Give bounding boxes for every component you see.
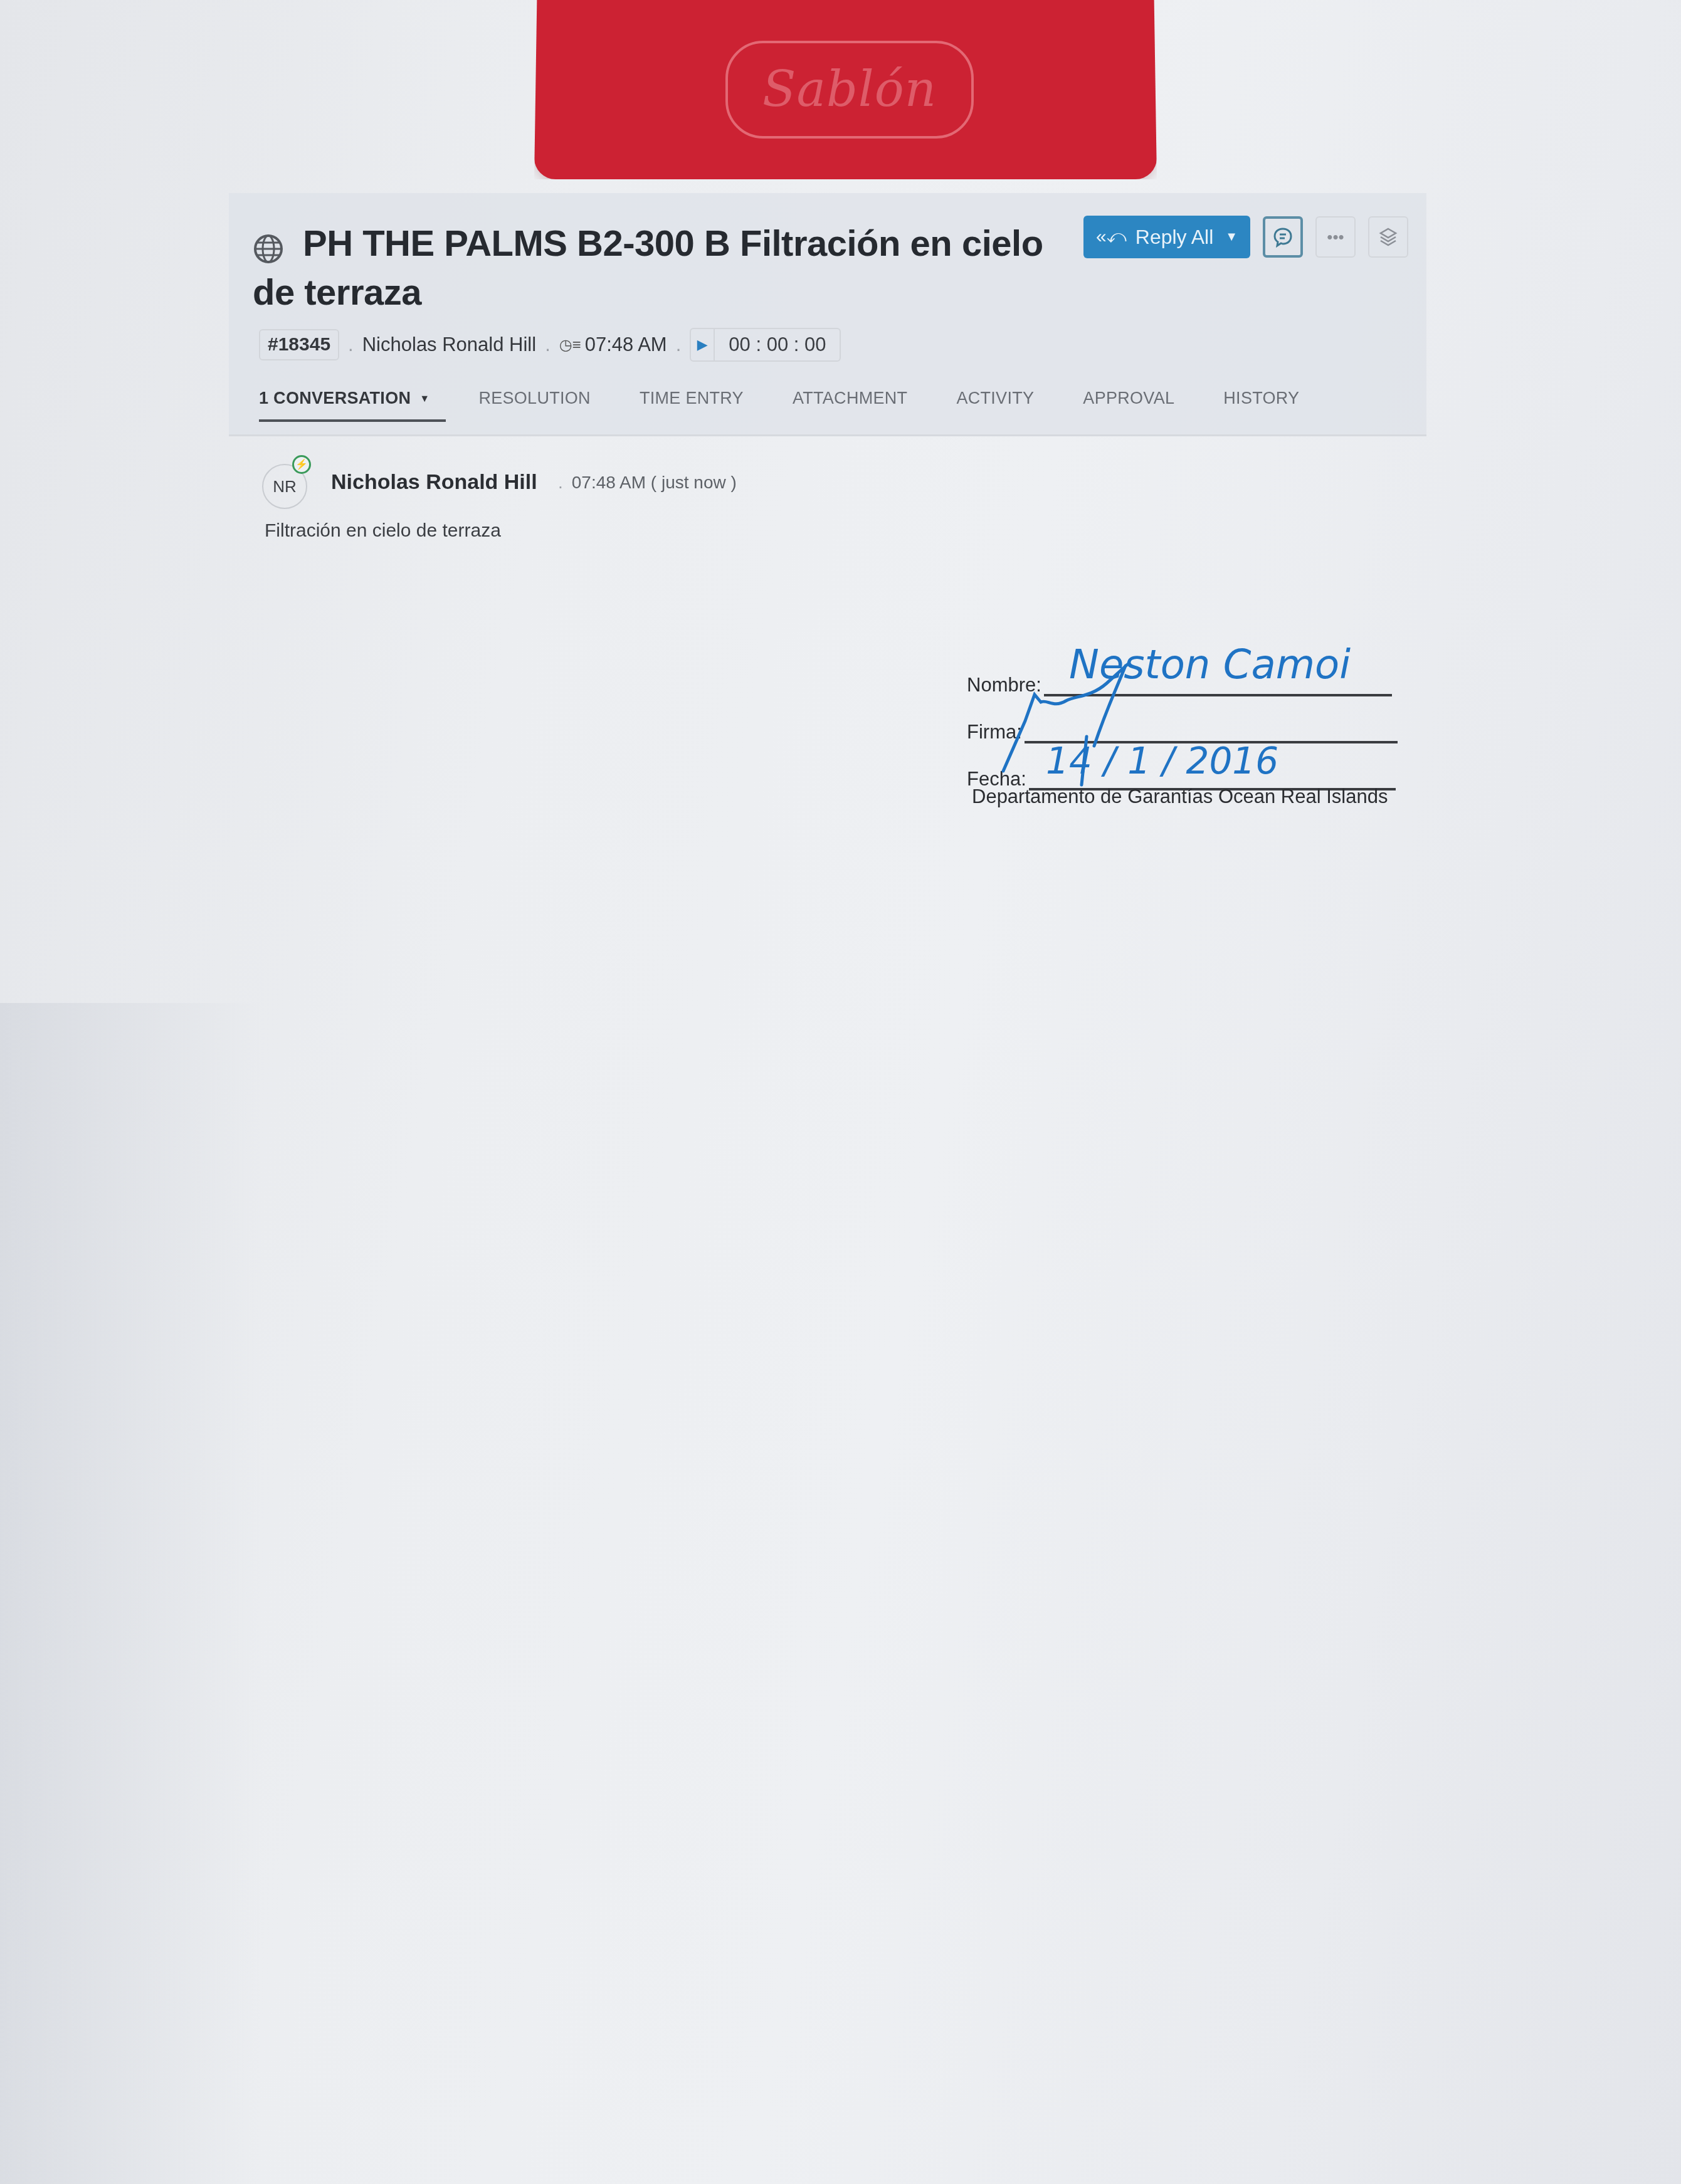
conversation-author: Nicholas Ronald Hill	[331, 470, 537, 495]
tab-label: ACTIVITY	[956, 389, 1034, 407]
caret-down-icon: ▼	[419, 394, 429, 404]
ticket-title-line2: de terraza	[253, 268, 1118, 317]
tab-label: RESOLUTION	[478, 389, 591, 407]
ticket-title-line1: PH THE PALMS B2-300 B Filtración en ciel…	[303, 223, 1043, 264]
chevron-down-icon[interactable]: ▼	[1225, 230, 1238, 244]
conversation-body: Filtración en cielo de terraza	[265, 520, 501, 542]
ticket-header: PH THE PALMS B2-300 B Filtración en ciel…	[229, 193, 1426, 436]
reply-all-label: Reply All	[1136, 226, 1214, 249]
layers-button[interactable]	[1368, 216, 1408, 258]
ticket-tabs: 1 CONVERSATION▼ RESOLUTION TIME ENTRY AT…	[259, 389, 1348, 422]
ticket-title: PH THE PALMS B2-300 B Filtración en ciel…	[253, 219, 1118, 317]
department-stamp: Departamento de Garantías Ocean Real Isl…	[972, 785, 1388, 808]
tab-attachment[interactable]: ATTACHMENT	[793, 389, 907, 422]
conversation-timestamp: .07:48 AM ( just now )	[558, 473, 737, 493]
scraper-logo: Sablón	[725, 41, 974, 139]
ticket-actions: «⤺ Reply All ▼ •••	[1083, 216, 1408, 258]
globe-icon	[253, 233, 284, 265]
tab-resolution[interactable]: RESOLUTION	[478, 389, 591, 422]
comment-button[interactable]	[1263, 216, 1303, 258]
tab-label: APPROVAL	[1083, 389, 1174, 407]
tab-activity[interactable]: ACTIVITY	[956, 389, 1034, 422]
tab-label: ATTACHMENT	[793, 389, 907, 407]
timestamp-text: 07:48 AM ( just now )	[572, 473, 737, 492]
play-icon[interactable]: ▶	[691, 329, 715, 360]
timer-value: 00 : 00 : 00	[715, 329, 840, 360]
separator: .	[545, 333, 551, 356]
tab-label: 1 CONVERSATION	[259, 389, 411, 407]
ticket-meta: #18345 . Nicholas Ronald Hill . ◷≡ 07:48…	[259, 328, 841, 362]
name-line	[1044, 694, 1392, 696]
ticket-created-time: 07:48 AM	[585, 333, 667, 356]
lightning-icon: ⚡	[292, 455, 311, 474]
layers-icon	[1379, 227, 1398, 247]
name-field: Nombre:	[967, 674, 1392, 696]
clock-icon: ◷≡	[559, 336, 581, 354]
reply-all-icon: «⤺	[1096, 226, 1127, 248]
tab-approval[interactable]: APPROVAL	[1083, 389, 1174, 422]
tab-history[interactable]: HISTORY	[1223, 389, 1299, 422]
reply-all-button[interactable]: «⤺ Reply All ▼	[1083, 216, 1250, 258]
more-icon: •••	[1327, 228, 1344, 247]
separator: .	[676, 333, 682, 356]
tab-label: HISTORY	[1223, 389, 1299, 407]
avatar-initials: NR	[273, 477, 297, 496]
ticket-title-row: PH THE PALMS B2-300 B Filtración en ciel…	[253, 219, 1118, 317]
signature-block: Nombre: Firma: Fecha: Neston Camoi 14 / …	[966, 621, 1442, 827]
name-label: Nombre:	[967, 674, 1041, 696]
signature-line	[1025, 741, 1398, 743]
tab-conversation[interactable]: 1 CONVERSATION▼	[259, 389, 429, 422]
ticket-requester[interactable]: Nicholas Ronald Hill	[362, 333, 536, 356]
scraper-brand-text: Sablón	[762, 61, 937, 118]
signature-field: Firma:	[967, 721, 1398, 743]
signature-label: Firma:	[967, 721, 1022, 743]
time-tracker: ▶ 00 : 00 : 00	[690, 328, 841, 362]
separator: .	[348, 333, 354, 356]
red-scraper: Sablón	[534, 0, 1157, 179]
more-button[interactable]: •••	[1315, 216, 1356, 258]
paper-shadow	[0, 1003, 263, 2184]
ticket-id-badge: #18345	[259, 329, 339, 360]
tab-label: TIME ENTRY	[640, 389, 744, 407]
comment-icon	[1272, 226, 1294, 248]
tab-time-entry[interactable]: TIME ENTRY	[640, 389, 744, 422]
